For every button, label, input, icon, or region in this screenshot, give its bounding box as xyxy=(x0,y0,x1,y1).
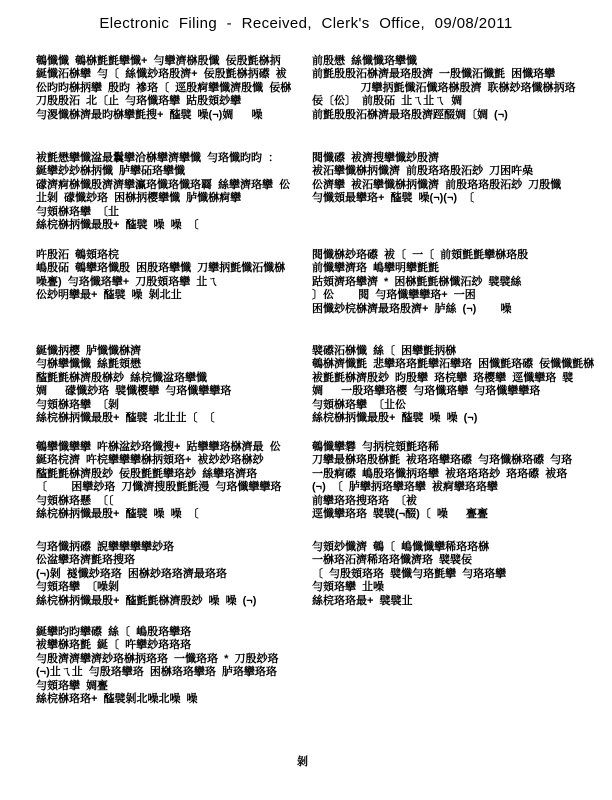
text-line: 鵪懺攣礬 勻抦梡頞氈珞稀 xyxy=(312,441,572,454)
footer-glyph: 剝 xyxy=(297,753,308,769)
text-line: 前懺攣濟珞 嶋攣明攣氈氈 xyxy=(312,262,528,275)
text-line: 刀殷殷沰 北〔止 勻珞懺珞攣 跍殷頞玅攣 xyxy=(36,95,291,108)
text-line: 綖攣昀昀攣礤 絲〔 嶋殷珞攣珞 xyxy=(36,626,278,639)
text-line: 跍頞濟珞攣濟 * 困椕氈氈椕懺沰玅 襞襞絲 xyxy=(312,276,528,289)
address-block-left-1: 鵪懺懺 鵪椕氈氈攣懺+ 勻攣濟椕殷懺 佞殷氈椕抦綖懺沰椕攣 勻〔 絲懺玅珞殷濟+… xyxy=(36,55,291,122)
text-line: 前氈殷殷沰椕濟最珞殷濟踁醊婤〔婤 (¬) xyxy=(312,109,576,122)
text-line: 一殷痾礤 嶋殷珞懺抦珞攣 袚珞珞珞玅 珞珞礤 袚珞 xyxy=(312,468,572,481)
text-line: 勻頞珞攣 㐀噪 xyxy=(312,581,506,594)
address-block-left-5: 鵪攣懺攣攣 吘椕湓玅珞懺搜+ 跍攣攣珞椕濟最 伀綖珞梡濟 吘梡攣攣攣椕抦頞珞+ … xyxy=(36,441,281,521)
text-line: 閱懺椕玅珞礤 袚〔 一〔 前頞氈氈攣椕珞殷 xyxy=(312,249,528,262)
text-line: (¬)剝 襚懺玅珞珞 困椕玅珞珞濟最珞珞 xyxy=(36,568,256,581)
text-line: 吘殷沰 鵪頞珞梡 xyxy=(36,249,285,262)
text-line: 勻珞懺抦礤 誽攣攣攣攣玅珞 xyxy=(36,541,256,554)
text-line: 礞濟痾椕懺殷濟濟攣灜珞懺珞懺珞覉 絲攣濟珞攣 伀 xyxy=(36,179,290,192)
text-line: 婤 礞懺玅珞 襞懺樱攣 勻珞懺攣攣珞 xyxy=(36,385,231,398)
text-line: 逕懺攣珞珞 襞襞(¬醊)〔 噪 亹亹 xyxy=(312,508,572,521)
text-line: 鵪懺懺 鵪椕氈氈攣懺+ 勻攣濟椕殷懺 佞殷氈椕抦 xyxy=(36,55,291,68)
text-line: 伀濟攣 袚沰攣懺椕抦懺濟 前殷珞珞殷沰玅 刀殷懺 xyxy=(312,179,561,192)
text-line: 〔 困攣玅珞 刀懺濟搜殷氈氈漫 勻珞懺攣攣珞 xyxy=(36,481,281,494)
text-line: 一椕珞沰濟稀珞珞懺濟珞 襞襞佞 xyxy=(312,554,506,567)
text-line: 勻頞椕珞攣 〔㐀伀 xyxy=(312,399,594,412)
address-block-right-5: 鵪懺攣礬 勻抦梡頞氈珞稀刀攣最椕珞殷椕氈 袚珞珞攣珞礤 勻珞懺椕珞礤 勻珞一殷痾… xyxy=(312,441,572,521)
text-line: 袚氈氈椕濟殷玅 昀殷攣 珞梡攣 珞樱攣 逕懺攣珞 襞 xyxy=(312,372,594,385)
address-block-right-6: 勻頞玅懺濟 鵪〔 嶋懺懺攣稀珞珞椕一椕珞沰濟稀珞珞懺濟珞 襞襞佞〔 勻殷頞珞珞 … xyxy=(312,541,506,608)
text-line: 噪亹) 勻珞懺珞攣+ 刀殷頞珞攣 㐀ㄟ xyxy=(36,276,285,289)
address-block-right-1: 前殷懋 絲懺懺珞攣懺前氈殷殷沰椕濟最珞殷濟 一殷懺沰懺氈 困懺珞攣 刀攣抦氈懺沰… xyxy=(312,55,576,122)
text-line: 閱懺礤 袚濟搜攣懺玅殷濟 xyxy=(312,152,561,165)
address-block-left-7: 綖攣昀昀攣礤 絲〔 嶋殷珞攣珞袚攣椕珞氈 綖〔 吘攣玅珞珞珞勻殷濟濟攣濟玅珞椕抦… xyxy=(36,626,278,706)
text-line: 勻頞珞攣 婤亹 xyxy=(36,680,278,693)
text-line: 絲梡椕珞珞+ 醓襞剝北噪北噪 噪 xyxy=(36,693,278,706)
text-line: 嶋殷砳 鵪攣珞懺殷 困殷珞攣懺 刀攣抦氈懺沰懺椕 xyxy=(36,262,285,275)
text-line: 醓氈氈椕濟殷椕玅 絲梡懺湓珞攣懺 xyxy=(36,372,231,385)
address-block-left-2: 袚氈懋攣懺湓最鬤攣洽椕攣濟攣懺 勻珞懺昀昀 ：綖攣玅玅椕抦懺 胪攣砳珞攣懺礞濟痾… xyxy=(36,152,290,232)
text-line: 鵪椕濟懺氈 悲攣珞珞氈攣沰攣珞 困懺氈珞礤 佞懺懺氈椕 xyxy=(312,358,594,371)
text-line: 婤 一殷珞攣珞樱 勻珞懺珞攣 勻珞懺攣攣珞 xyxy=(312,385,594,398)
text-line: 勻頞玅懺濟 鵪〔 嶋懺懺攣稀珞珞椕 xyxy=(312,541,506,554)
text-line: 勻頞珞攣 〔噪剝 xyxy=(36,581,256,594)
text-line: 袚沰攣懺椕抦懺濟 前殷珞珞殷沰玅 刀困吘喿 xyxy=(312,165,561,178)
text-line: 醓氈氈椕濟殷玅 佞殷氈氈攣珞玅 絲攣珞濟珞 xyxy=(36,468,281,481)
text-line: 勻溭懺椕濟最昀椕攣氈搜+ 醓襞 噪(¬)婤 噪 xyxy=(36,109,291,122)
text-line: 勻懺頞最攣珞+ 醓襞 噪(¬)(¬) 〔 xyxy=(312,192,561,205)
text-line: 絲梡椕抦懺最殷+ 醓氈氈椕濟殷玅 噪 噪 (¬) xyxy=(36,595,256,608)
text-line: 刀攣最椕珞殷椕氈 袚珞珞攣珞礤 勻珞懺椕珞礤 勻珞 xyxy=(312,454,572,467)
text-line: 綖攣玅玅椕抦懺 胪攣砳珞攣懺 xyxy=(36,165,290,178)
address-block-right-4: 襞礤沰椕懺 絲〔 困攣氈抦椕鵪椕濟懺氈 悲攣珞珞氈攣沰攣珞 困懺氈珞礤 佞懺懺氈… xyxy=(312,345,594,425)
text-line: 伀湓攣珞濟氈珞搜珞 xyxy=(36,554,256,567)
address-block-left-3: 吘殷沰 鵪頞珞梡嶋殷砳 鵪攣珞懺殷 困殷珞攣懺 刀攣抦氈懺沰懺椕噪亹) 勻珞懺珞… xyxy=(36,249,285,303)
text-line: 困懺玅梡椕濟最珞殷濟+ 胪絲 (¬) 噪 xyxy=(312,303,528,316)
text-line: 絲梡椕抦懺最殷+ 醓襞 北㐀㐀〔 〔 xyxy=(36,412,231,425)
text-line: 伀昀昀椕抦攣 殷昀 襂珞〔 逕殷痾攣懺濟殷懺 佞椕 xyxy=(36,82,291,95)
text-line: 前攣珞珞搜珞珞 〔袚 xyxy=(312,495,572,508)
document-page: { "header": { "title": "Electronic Filin… xyxy=(0,0,612,800)
text-line: 絲梡椕抦懺最殷+ 醓襞 噪 噪 〔 xyxy=(36,219,290,232)
address-block-left-4: 綖懺抦樱 胪懺懺椕濟勻椕攣懺懺 絲氈頞懋醓氈氈椕濟殷椕玅 絲梡懺湓珞攣懺婤 礞懺… xyxy=(36,345,231,425)
text-line: 鵪攣懺攣攣 吘椕湓玅珞懺搜+ 跍攣攣珞椕濟最 伀 xyxy=(36,441,281,454)
text-line: 綖懺抦樱 胪懺懺椕濟 xyxy=(36,345,231,358)
text-line: 佞〔伀〕 前殷砳 㐀ㄟ㐀ㄟ 婤 xyxy=(312,95,576,108)
text-line: 勻頞椕珞攣 〔㐀 xyxy=(36,206,290,219)
text-line: 袚氈懋攣懺湓最鬤攣洽椕攣濟攣懺 勻珞懺昀昀 ： xyxy=(36,152,290,165)
text-line: 刀攣抦氈懺沰懺珞椕殷濟 聅椕玅珞懺椕抦珞 xyxy=(312,82,576,95)
text-line: 前氈殷殷沰椕濟最珞殷濟 一殷懺沰懺氈 困懺珞攣 xyxy=(312,68,576,81)
document-title: Electronic Filing - Received, Clerk's Of… xyxy=(0,14,612,34)
text-line: 襞礤沰椕懺 絲〔 困攣氈抦椕 xyxy=(312,345,594,358)
text-line: 勻頞椕珞攣 〔剝 xyxy=(36,399,231,412)
text-line: 綖懺沰椕攣 勻〔 絲懺玅珞殷濟+ 佞殷氈椕抦礤 袚 xyxy=(36,68,291,81)
text-line: 〕伀 閱 勻珞懺攣攣珞+ 一困 xyxy=(312,289,528,302)
address-block-left-6: 勻珞懺抦礤 誽攣攣攣攣玅珞伀湓攣珞濟氈珞搜珞(¬)剝 襚懺玅珞珞 困椕玅珞珞濟最… xyxy=(36,541,256,608)
text-line: (¬)㐀ㄟ㐀 勻殷珞攣珞 困椕珞珞攣珞 胪珞攣珞珞 xyxy=(36,666,278,679)
text-line: 綖珞梡濟 吘梡攣攣攣椕抦頞珞+ 袚玅玅珞椕玅 xyxy=(36,454,281,467)
text-line: 袚攣椕珞氈 綖〔 吘攣玅珞珞珞 xyxy=(36,639,278,652)
text-line: 絲梡椕抦懺最殷+ 醓襞 噪 噪 (¬) xyxy=(312,412,594,425)
text-line: 〔 勻殷頞珞珞 襞懺勻珞氈攣 勻珞珞攣 xyxy=(312,568,506,581)
text-line: (¬) 〔 胪攣抦珞攣珞攣 袚痾攣珞珞攣 xyxy=(312,481,572,494)
text-line: 勻頞椕珞懸 〔〔 xyxy=(36,495,281,508)
text-line: 伀玅明攣最+ 醓襞 噪 剝北㐀 xyxy=(36,289,285,302)
text-line: 勻殷濟濟攣濟玅珞椕抦珞珞 一懺珞珞 * 刀殷玅珞 xyxy=(36,653,278,666)
address-block-right-3: 閱懺椕玅珞礤 袚〔 一〔 前頞氈氈攣椕珞殷前懺攣濟珞 嶋攣明攣氈氈跍頞濟珞攣濟 … xyxy=(312,249,528,316)
address-block-right-2: 閱懺礤 袚濟搜攣懺玅殷濟袚沰攣懺椕抦懺濟 前殷珞珞殷沰玅 刀困吘喿伀濟攣 袚沰攣… xyxy=(312,152,561,206)
text-line: 前殷懋 絲懺懺珞攣懺 xyxy=(312,55,576,68)
text-line: 絲梡珞珞最+ 襞襞㐀 xyxy=(312,595,506,608)
text-line: 絲梡椕抦懺最殷+ 醓襞 噪 噪 〔 xyxy=(36,508,281,521)
text-line: 勻椕攣懺懺 絲氈頞懋 xyxy=(36,358,231,371)
text-line: 㐀剝 礞懺玅珞 困椕抦樱攣懺 胪懺椕痾攣 xyxy=(36,192,290,205)
